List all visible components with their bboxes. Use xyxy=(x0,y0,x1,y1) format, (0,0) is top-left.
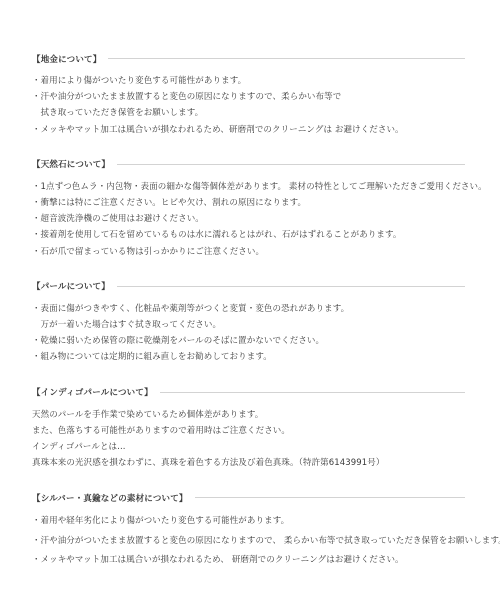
line-text: 天然のパールを手作業で染めているため個体差があります。 xyxy=(32,410,263,420)
line-text: また、色落ちする可能性がありますので着用時はご注意ください。 xyxy=(32,426,290,436)
bullet-marker: ・ xyxy=(32,532,41,552)
bullet-marker: ・ xyxy=(32,244,41,260)
line-text: 真珠本来の光沢感を損なわずに、真珠を着色する方法及び着色真珠。（特許第61439… xyxy=(32,458,385,468)
heading-divider-line xyxy=(195,497,465,498)
bullet-marker: ・ xyxy=(32,512,41,532)
line-text: 石が爪で留まっている物は引っかかりにご注意ください。 xyxy=(41,247,265,257)
line-text: 拭き取っていただき保管をお願いします。 xyxy=(41,108,204,118)
text-line: ・汗や油分がついたまま放置すると変色の原因になりますので、 柔らかい布等で拭き取… xyxy=(32,532,500,552)
bullet-marker: ・ xyxy=(32,195,41,211)
section-title: 【パールについて】 xyxy=(32,280,110,292)
text-line: ・汗や油分がついたまま放置すると変色の原因になりますので、柔らかい布等で xyxy=(32,89,500,105)
text-line: 拭き取っていただき保管をお願いします。 xyxy=(32,105,500,121)
section-heading: 【天然石について】 xyxy=(32,158,500,171)
line-text: 接着剤を使用して石を留めているものは水に濡れるとはがれ、石がはずれることがありま… xyxy=(41,230,402,240)
section-title: 【インディゴパールについて】 xyxy=(32,386,153,398)
section-title: 【天然石について】 xyxy=(32,158,110,170)
section-heading: 【パールについて】 xyxy=(32,280,500,293)
text-line: ・1点ずつ色ムラ・内包物・表面の細かな傷等個体差があります。 素材の特性としてご… xyxy=(32,179,500,195)
text-line: ・組み物については定期的に組み直しをお勧めしております。 xyxy=(32,349,500,365)
care-section-2: 【天然石について】・1点ずつ色ムラ・内包物・表面の細かな傷等個体差があります。 … xyxy=(32,158,500,260)
line-text: 着用により傷がついたり変色する可能性があります。 xyxy=(41,76,247,86)
line-text: メッキやマット加工は風合いが損なわれるため、 研磨剤でのクリーニングはお避けくだ… xyxy=(41,555,404,565)
heading-divider-line xyxy=(108,58,465,59)
jewelry-care-notes-document: 【地金について】・着用により傷がついたり変色する可能性があります。・汗や油分がつ… xyxy=(0,0,500,600)
text-line: ・超音波洗浄機のご使用はお避けください。 xyxy=(32,211,500,227)
care-section-5: 【シルバー・真鍮などの素材について】・着用や経年劣化により傷がついたり変色する可… xyxy=(32,491,500,571)
bullet-marker: ・ xyxy=(32,211,41,227)
line-text: 万が一着いた場合はすぐ拭き取ってください。 xyxy=(41,320,222,330)
text-line: ・メッキやマット加工は風合いが損なわれるため、 研磨剤でのクリーニングはお避けく… xyxy=(32,551,500,571)
text-line: 天然のパールを手作業で染めているため個体差があります。 xyxy=(32,407,500,423)
bullet-marker: ・ xyxy=(32,73,41,89)
bullet-marker: ・ xyxy=(32,301,41,317)
text-line: 真珠本来の光沢感を損なわずに、真珠を着色する方法及び着色真珠。（特許第61439… xyxy=(32,455,500,471)
section-heading: 【シルバー・真鍮などの素材について】 xyxy=(32,491,500,504)
text-line: ・着用により傷がついたり変色する可能性があります。 xyxy=(32,73,500,89)
heading-divider-line xyxy=(160,392,465,393)
line-text: 汗や油分がついたまま放置すると変色の原因になりますので、 柔らかい布等で拭き取っ… xyxy=(41,536,500,546)
line-text: メッキやマット加工は風合いが損なわれるため、研磨剤でのクリーニングは お避けくだ… xyxy=(41,125,404,135)
care-section-3: 【パールについて】・表面に傷がつきやすく、化粧品や薬剤等がつくと変質・変色の恐れ… xyxy=(32,280,500,366)
line-text: 衝撃には特にご注意ください。ヒビや欠け、割れの原因になります。 xyxy=(41,198,307,208)
section-title: 【シルバー・真鍮などの素材について】 xyxy=(32,492,188,504)
heading-divider-line xyxy=(117,164,465,165)
bullet-marker: ・ xyxy=(32,89,41,105)
bullet-marker: ・ xyxy=(32,333,41,349)
text-line: インディゴパールとは... xyxy=(32,439,500,455)
line-text: 組み物については定期的に組み直しをお勧めしております。 xyxy=(41,352,272,362)
text-line: ・衝撃には特にご注意ください。ヒビや欠け、割れの原因になります。 xyxy=(32,195,500,211)
line-text: 超音波洗浄機のご使用はお避けください。 xyxy=(41,214,204,224)
bullet-marker: ・ xyxy=(32,227,41,243)
text-line: ・メッキやマット加工は風合いが損なわれるため、研磨剤でのクリーニングは お避けく… xyxy=(32,122,500,138)
text-line: ・接着剤を使用して石を留めているものは水に濡れるとはがれ、石がはずれることがあり… xyxy=(32,227,500,243)
line-text: 乾燥に弱いため保管の際に乾燥剤をパールのそばに置かないでください。 xyxy=(41,336,325,346)
bullet-marker: ・ xyxy=(32,551,41,571)
care-section-1: 【地金について】・着用により傷がついたり変色する可能性があります。・汗や油分がつ… xyxy=(32,52,500,138)
bullet-marker: ・ xyxy=(32,349,41,365)
line-text: 表面に傷がつきやすく、化粧品や薬剤等がつくと変質・変色の恐れがあります。 xyxy=(41,304,350,314)
line-text: 1点ずつ色ムラ・内包物・表面の細かな傷等個体差があります。 素材の特性としてご理… xyxy=(41,182,487,192)
bullet-marker: ・ xyxy=(32,122,41,138)
text-line: ・石が爪で留まっている物は引っかかりにご注意ください。 xyxy=(32,244,500,260)
text-line: ・表面に傷がつきやすく、化粧品や薬剤等がつくと変質・変色の恐れがあります。 xyxy=(32,301,500,317)
text-line: ・乾燥に弱いため保管の際に乾燥剤をパールのそばに置かないでください。 xyxy=(32,333,500,349)
line-text: 汗や油分がついたまま放置すると変色の原因になりますので、柔らかい布等で xyxy=(41,92,342,102)
section-heading: 【インディゴパールについて】 xyxy=(32,386,500,399)
bullet-marker: ・ xyxy=(32,179,41,195)
text-line: ・着用や経年劣化により傷がついたり変色する可能性があります。 xyxy=(32,512,500,532)
care-section-4: 【インディゴパールについて】天然のパールを手作業で染めているため個体差があります… xyxy=(32,386,500,472)
text-line: また、色落ちする可能性がありますので着用時はご注意ください。 xyxy=(32,423,500,439)
text-line: 万が一着いた場合はすぐ拭き取ってください。 xyxy=(32,317,500,333)
section-title: 【地金について】 xyxy=(32,53,101,65)
heading-divider-line xyxy=(117,286,465,287)
section-heading: 【地金について】 xyxy=(32,52,500,65)
line-text: インディゴパールとは... xyxy=(32,442,126,452)
line-text: 着用や経年劣化により傷がついたり変色する可能性があります。 xyxy=(41,516,290,526)
